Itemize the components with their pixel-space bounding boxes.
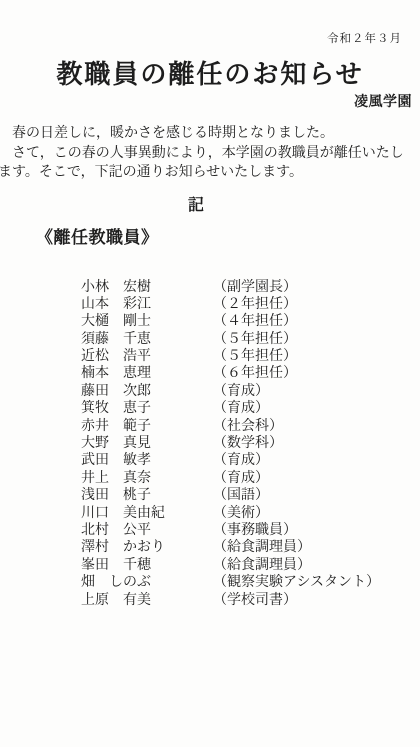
staff-name: 小林 宏樹 [81, 279, 213, 296]
staff-row: 藤田 次郎（育成） [0, 383, 420, 400]
staff-row: 浅田 桃子（国語） [0, 487, 420, 504]
staff-name: 山本 彩江 [81, 296, 213, 313]
staff-row: 山本 彩江（２年担任） [0, 296, 420, 313]
staff-row: 川口 美由紀（美術） [0, 505, 420, 522]
body-line: さて，この春の人事異動により，本学園の教職員が離任いたし [0, 144, 418, 164]
staff-role: （観察実験アシスタント） [213, 574, 420, 591]
staff-role: （育成） [213, 470, 420, 487]
staff-role: （育成） [213, 452, 420, 469]
staff-role: （育成） [213, 383, 420, 400]
staff-name: 近松 浩平 [81, 348, 213, 365]
staff-row: 楠本 恵理（６年担任） [0, 365, 420, 382]
staff-name: 藤田 次郎 [81, 383, 213, 400]
staff-row: 井上 真奈（育成） [0, 470, 420, 487]
record-marker: 記 [0, 196, 420, 216]
body-line: ます。そこで，下記の通りお知らせいたします。 [0, 163, 418, 183]
staff-name: 箕牧 恵子 [81, 400, 213, 417]
staff-name: 大樋 剛士 [81, 313, 213, 330]
staff-role: （給食調理員） [213, 539, 420, 556]
staff-name: 畑 しのぶ [81, 574, 213, 591]
staff-name: 楠本 恵理 [81, 365, 213, 382]
staff-role: （４年担任） [213, 313, 420, 330]
staff-role: （６年担任） [213, 365, 420, 382]
staff-row: 畑 しのぶ（観察実験アシスタント） [0, 574, 420, 591]
staff-role: （２年担任） [213, 296, 420, 313]
staff-list: 小林 宏樹（副学園長）山本 彩江（２年担任）大樋 剛士（４年担任）須藤 千恵（５… [0, 279, 420, 609]
staff-row: 大樋 剛士（４年担任） [0, 313, 420, 330]
staff-name: 浅田 桃子 [81, 487, 213, 504]
staff-row: 上原 有美（学校司書） [0, 592, 420, 609]
staff-name: 川口 美由紀 [81, 505, 213, 522]
staff-name: 上原 有美 [81, 592, 213, 609]
staff-role: （美術） [213, 505, 420, 522]
document-date: 令和２年３月 [0, 32, 420, 46]
body-paragraph: 春の日差しに，暖かさを感じる時期となりました。 さて，この春の人事異動により，本… [0, 124, 418, 183]
staff-role: （５年担任） [213, 348, 420, 365]
staff-role: （社会科） [213, 418, 420, 435]
staff-role: （育成） [213, 400, 420, 417]
document-title: 教職員の離任のお知らせ [0, 58, 420, 92]
section-heading-departing-staff: 《離任教職員》 [36, 226, 420, 250]
staff-role: （５年担任） [213, 331, 420, 348]
staff-row: 赤井 範子（社会科） [0, 418, 420, 435]
staff-role: （学校司書） [213, 592, 420, 609]
staff-row: 小林 宏樹（副学園長） [0, 279, 420, 296]
staff-row: 武田 敏孝（育成） [0, 452, 420, 469]
staff-role: （事務職員） [213, 522, 420, 539]
staff-row: 近松 浩平（５年担任） [0, 348, 420, 365]
staff-role: （給食調理員） [213, 557, 420, 574]
staff-role: （数学科） [213, 435, 420, 452]
staff-name: 峯田 千穂 [81, 557, 213, 574]
staff-row: 須藤 千恵（５年担任） [0, 331, 420, 348]
staff-role: （副学園長） [213, 279, 420, 296]
staff-row: 箕牧 恵子（育成） [0, 400, 420, 417]
staff-row: 澤村 かおり（給食調理員） [0, 539, 420, 556]
staff-name: 須藤 千恵 [81, 331, 213, 348]
body-line: 春の日差しに，暖かさを感じる時期となりました。 [0, 124, 418, 144]
organization-name: 凌風学園 [0, 94, 420, 112]
staff-name: 井上 真奈 [81, 470, 213, 487]
staff-row: 北村 公平（事務職員） [0, 522, 420, 539]
staff-name: 武田 敏孝 [81, 452, 213, 469]
staff-name: 北村 公平 [81, 522, 213, 539]
notice-document: 令和２年３月 教職員の離任のお知らせ 凌風学園 春の日差しに，暖かさを感じる時期… [0, 0, 420, 747]
staff-name: 赤井 範子 [81, 418, 213, 435]
staff-name: 澤村 かおり [81, 539, 213, 556]
staff-name: 大野 真見 [81, 435, 213, 452]
staff-row: 峯田 千穂（給食調理員） [0, 557, 420, 574]
staff-row: 大野 真見（数学科） [0, 435, 420, 452]
staff-role: （国語） [213, 487, 420, 504]
